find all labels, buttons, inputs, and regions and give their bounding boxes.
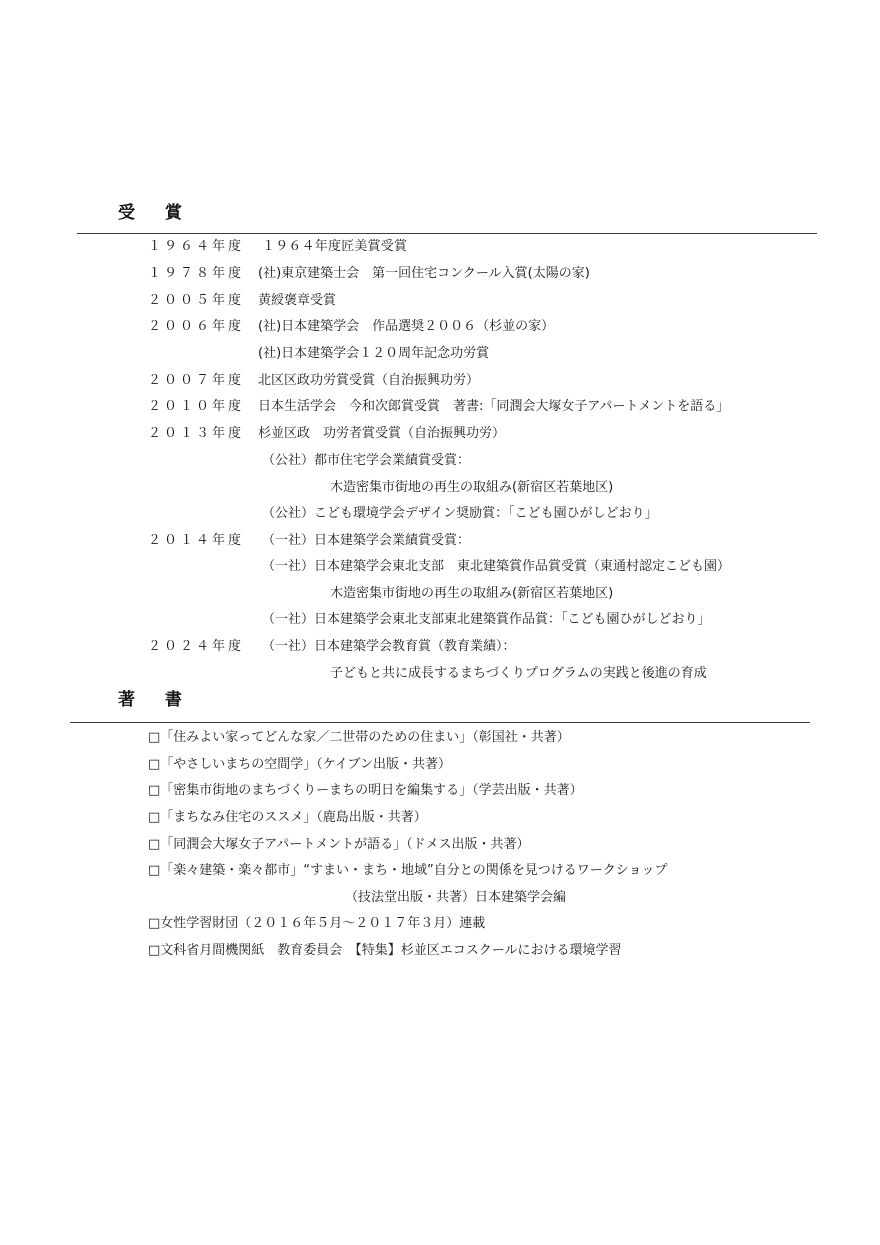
- publication-item: □「やさしいまちの空間学」（ケイブン出版・共著）: [148, 755, 451, 775]
- publication-item: □「密集市街地のまちづくりーまちの明日を編集する」（学芸出版・共著）: [148, 781, 583, 801]
- award-text: （公社）都市住宅学会業績賞受賞：: [262, 451, 470, 471]
- award-text: （一社）日本建築学会東北支部 東北建築賞作品賞受賞（東通村認定こども園）: [262, 557, 730, 577]
- award-year: ２００６年度: [148, 317, 244, 337]
- publication-item: □「住みよい家ってどんな家／二世帯のための住まい」（彰国社・共著）: [148, 728, 570, 748]
- award-year: ２０１４年度: [148, 531, 244, 551]
- award-text: 子どもと共に成長するまちづくりプログラムの実践と後進の育成: [330, 664, 707, 684]
- publication-item: □「楽々建築・楽々都市」“すまい・まち・地域”自分との関係を見つけるワークショッ…: [148, 861, 668, 881]
- award-text: （一社）日本建築学会教育賞（教育業績）：: [262, 637, 516, 657]
- publication-item-continuation: （技法堂出版・共著）日本建築学会編: [345, 888, 566, 908]
- award-year: ２０１０年度: [148, 397, 244, 417]
- publication-item: □文科省月間機関紙 教育委員会 【特集】杉並区エコスクールにおける環境学習: [148, 941, 622, 961]
- award-text: 黄綬褒章受賞: [258, 291, 336, 311]
- award-text: １９６４年度匠美賞受賞: [262, 237, 407, 257]
- award-year: １９６４年度: [148, 237, 244, 257]
- awards-heading: 受 賞: [118, 203, 194, 223]
- publication-item: □女性学習財団（２０１６年５月～２０１７年３月）連載: [148, 914, 485, 934]
- award-text: （一社）日本建築学会業績賞受賞：: [262, 531, 470, 551]
- publication-item: □「まちなみ住宅のススメ」（鹿島出版・共著）: [148, 808, 427, 828]
- publications-heading: 著 書: [118, 690, 194, 710]
- awards-divider: [77, 233, 817, 234]
- award-text: 北区区政功労賞受賞（自治振興功労）: [258, 371, 479, 391]
- award-text: 木造密集市街地の再生の取組み(新宿区若葉地区): [330, 478, 613, 498]
- award-text: (社)日本建築学会１２０周年記念功労賞: [258, 344, 489, 364]
- award-year: ２０２４年度: [148, 637, 244, 657]
- award-year: ２００５年度: [148, 291, 244, 311]
- award-year: ２００７年度: [148, 371, 244, 391]
- publications-divider: [70, 722, 810, 723]
- award-text: 日本生活学会 今和次郎賞受賞 著書:「同潤会大塚女子アパートメントを語る」: [258, 397, 729, 417]
- award-year: １９７８年度: [148, 264, 244, 284]
- award-year: ２０１３年度: [148, 424, 244, 444]
- award-text: (社)日本建築学会 作品選奨２００６（杉並の家）: [258, 317, 554, 337]
- award-text: 木造密集市街地の再生の取組み(新宿区若葉地区): [330, 584, 613, 604]
- award-text: （一社）日本建築学会東北支部東北建築賞作品賞：「こども園ひがしどおり」: [262, 610, 711, 630]
- document-page: 受 賞 １９６４年度 １９６４年度匠美賞受賞 １９７８年度 (社)東京建築士会 …: [0, 0, 880, 1245]
- award-text: 杉並区政 功労者賞受賞（自治振興功労）: [258, 424, 505, 444]
- publication-item: □「同潤会大塚女子アパートメントが語る」（ドメス出版・共著）: [148, 835, 529, 855]
- award-text: (社)東京建築士会 第一回住宅コンクール入賞(太陽の家): [258, 264, 590, 284]
- award-text: （公社）こども環境学会デザイン奨励賞：「こども園ひがしどおり」: [262, 504, 658, 524]
